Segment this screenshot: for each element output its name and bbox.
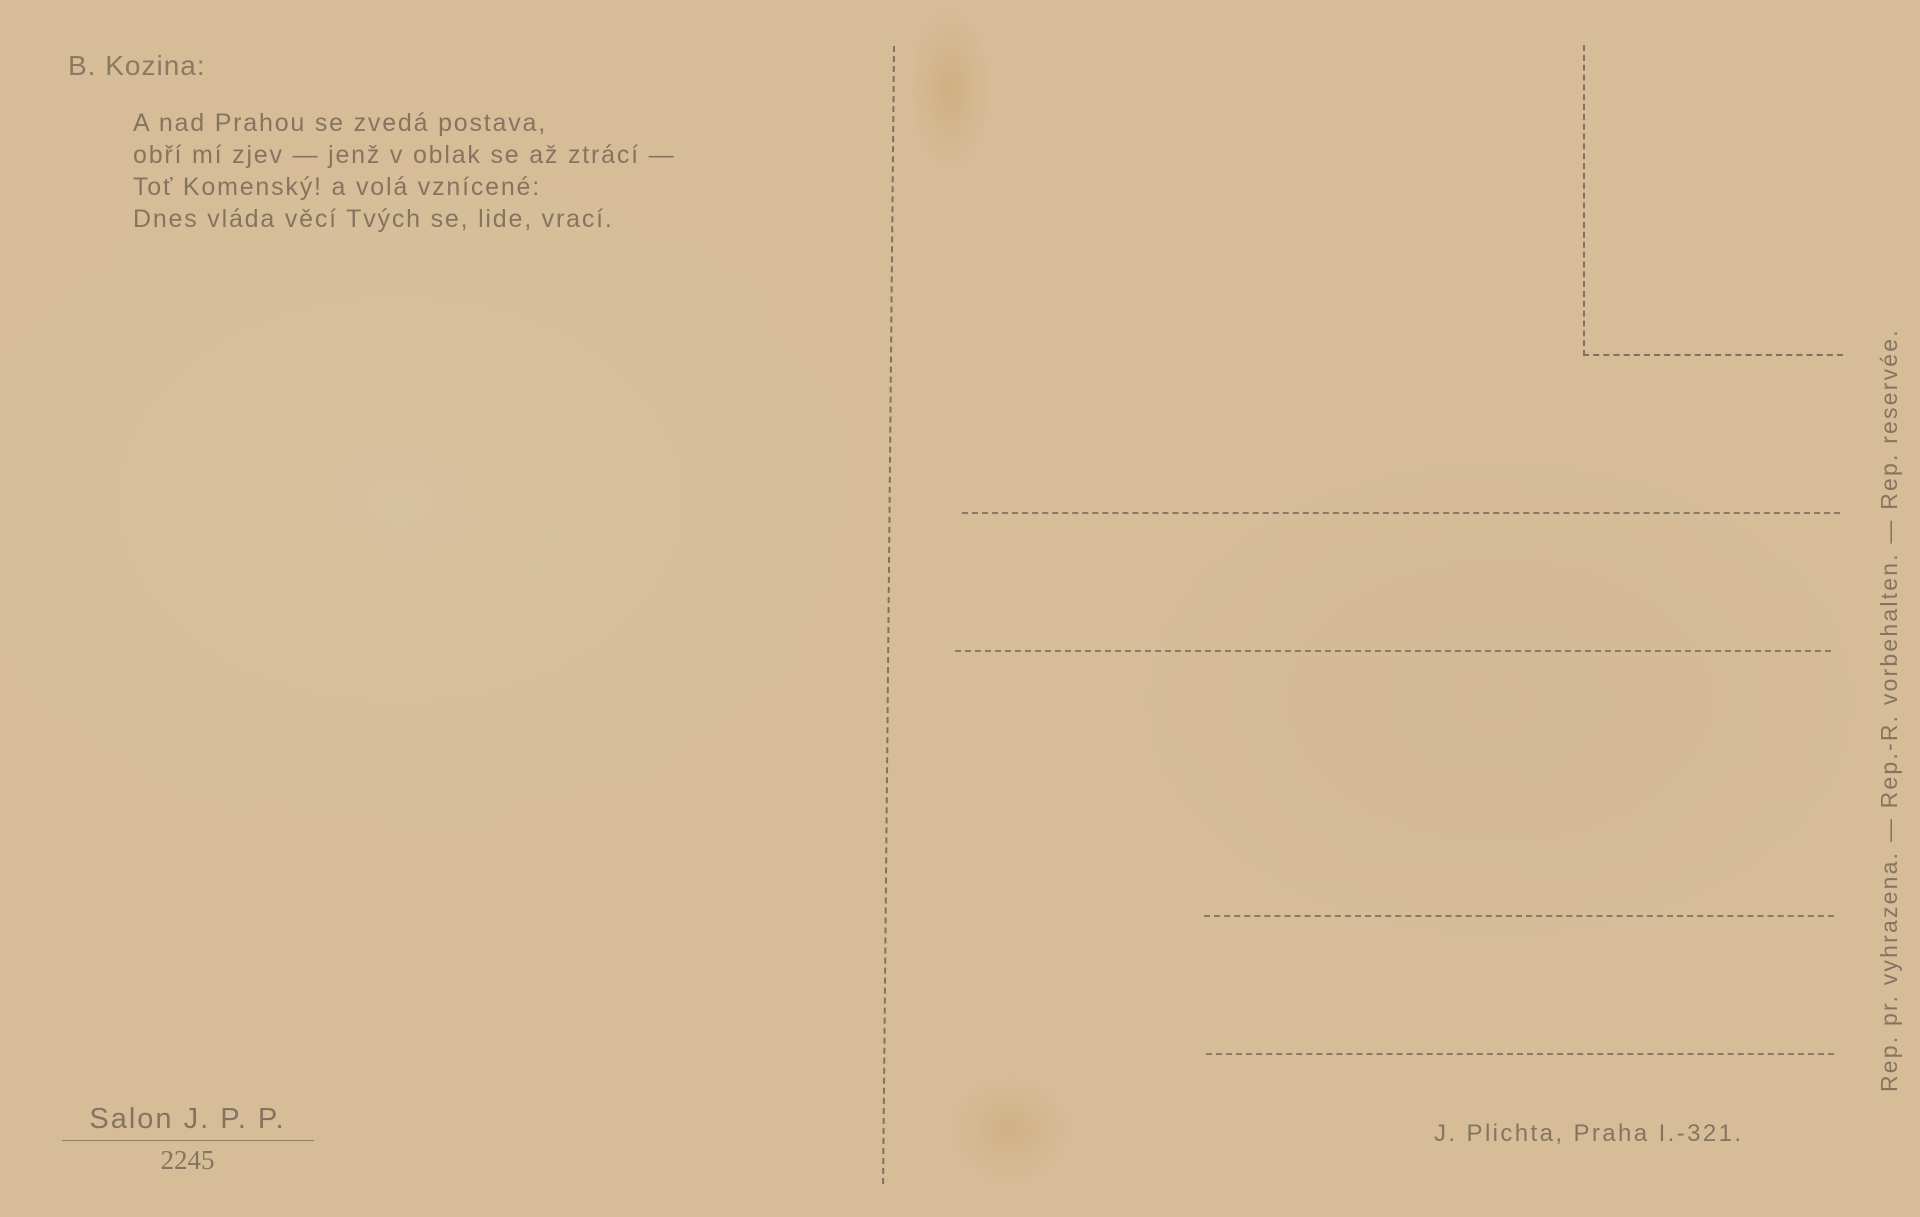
stamp-box [1583, 45, 1843, 356]
poem-line: obří mí zjev — jenž v oblak se až ztrácí… [133, 139, 675, 171]
rights-notice: Rep. pr. vyhrazena. — Rep.-R. vorbehalte… [1876, 328, 1903, 1092]
poem-line: Dnes vláda věcí Tvých se, lide, vrací. [133, 203, 675, 235]
poem-line: A nad Prahou se zvedá postava, [133, 107, 675, 139]
publisher-imprint-left: Salon J. P. P. 2245 [60, 1103, 315, 1176]
poem-author: B. Kozina: [68, 50, 206, 82]
address-line-4 [1206, 1053, 1834, 1055]
poem-verse: A nad Prahou se zvedá postava, obří mí z… [133, 107, 675, 235]
address-line-2 [955, 650, 1831, 652]
poem-line: Toť Komenský! a volá vznícené: [133, 171, 675, 203]
imprint-rule [62, 1140, 314, 1141]
center-divider [882, 46, 895, 1184]
address-line-3 [1204, 915, 1834, 917]
address-line-1 [962, 512, 1840, 514]
salon-name: Salon J. P. P. [60, 1103, 315, 1136]
card-number: 2245 [60, 1145, 315, 1176]
publisher-imprint-right: J. Plichta, Praha I.-321. [1434, 1120, 1743, 1148]
postcard-back: B. Kozina: A nad Prahou se zvedá postava… [0, 0, 1920, 1217]
